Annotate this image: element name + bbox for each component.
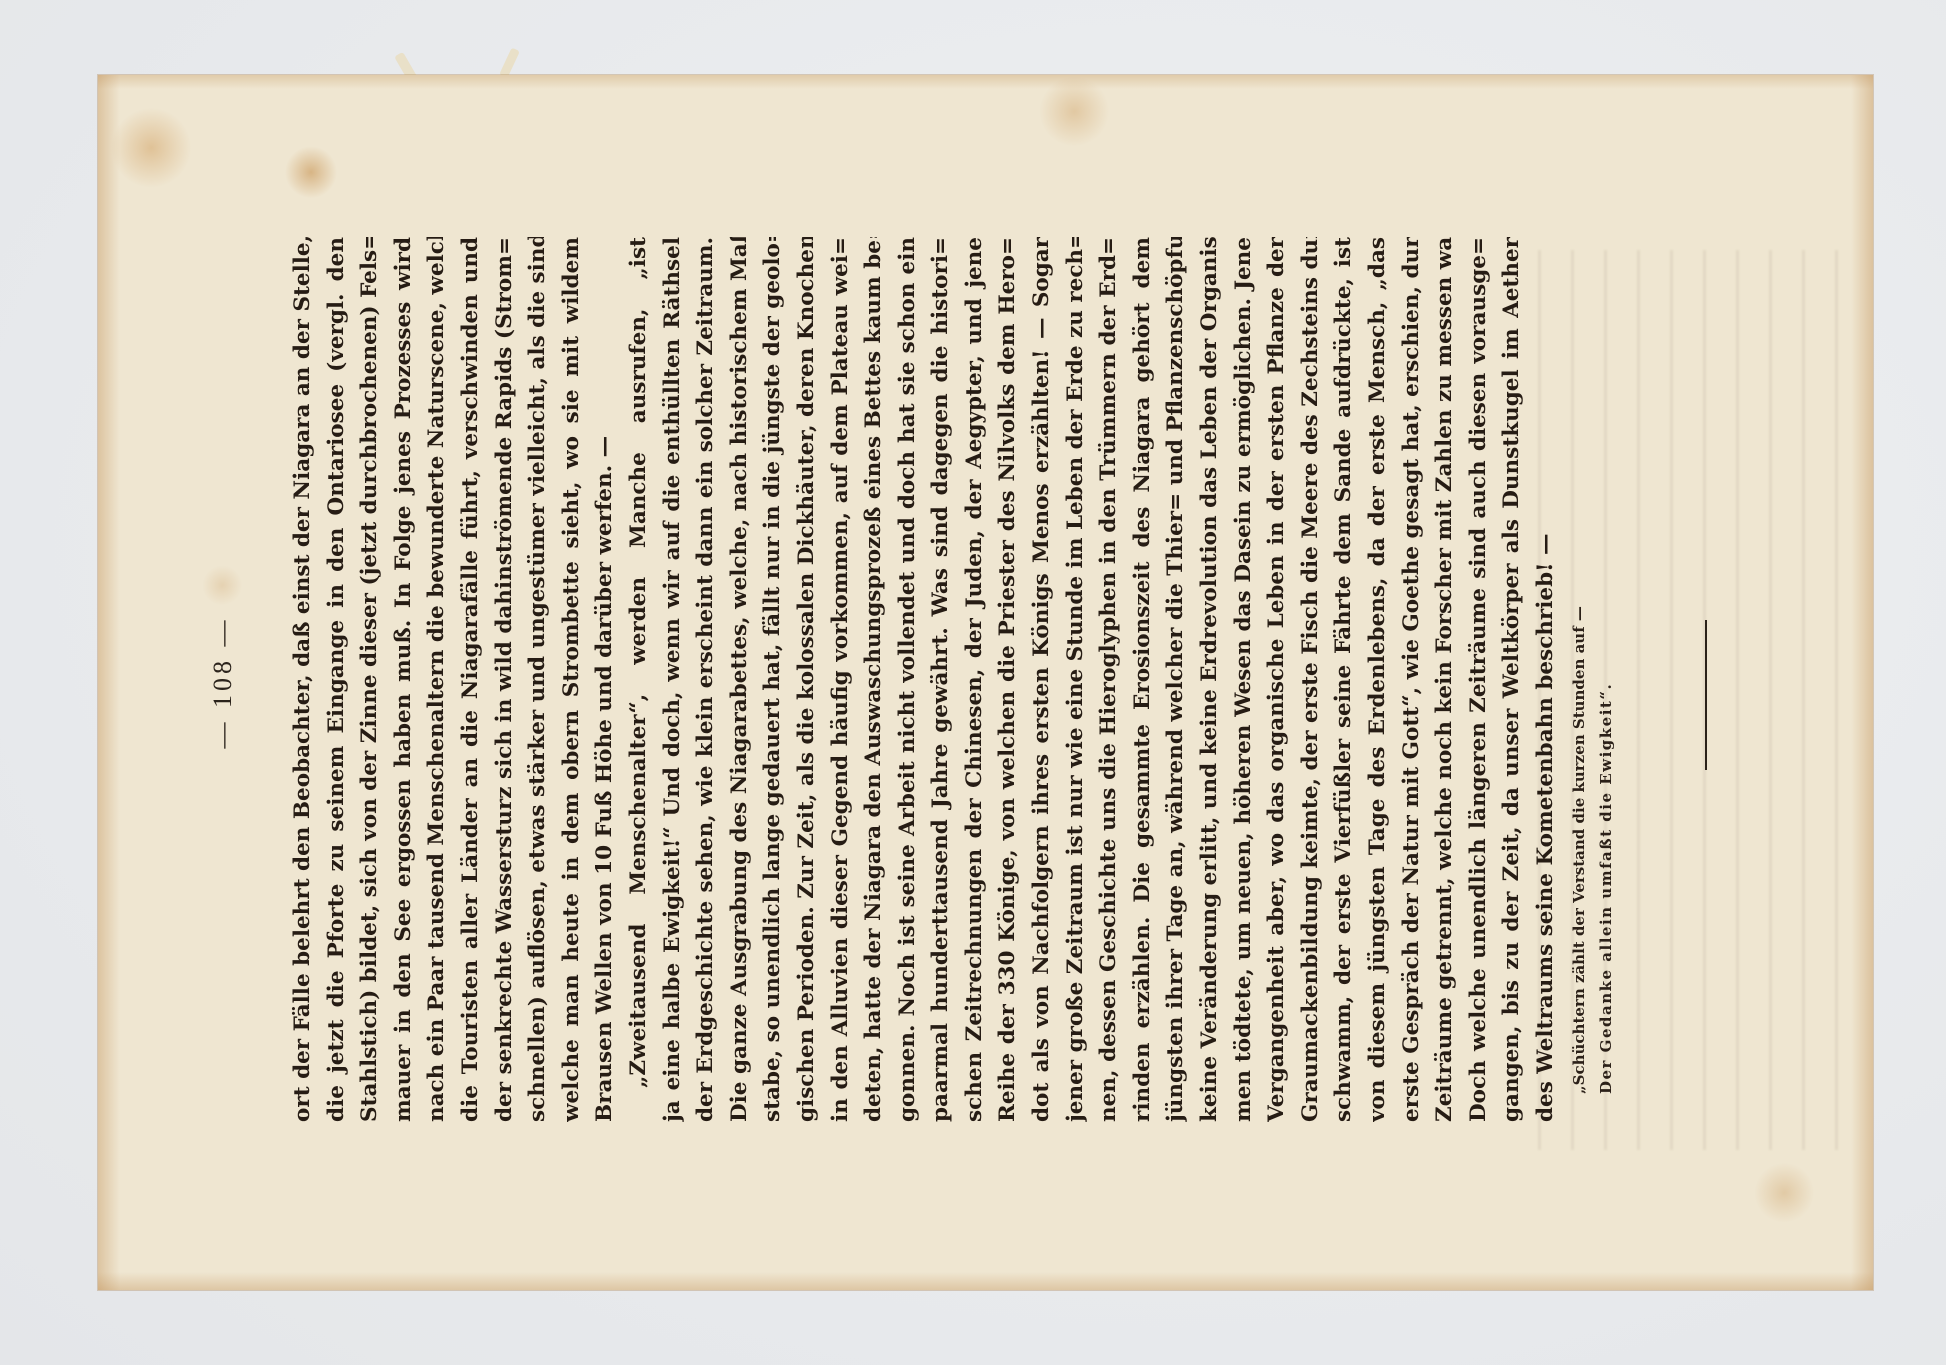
text-line: der senkrechte Wassersturz sich in wild … xyxy=(488,237,522,1122)
text-line: schwamm, der erste Vierfüßler seine Fähr… xyxy=(1327,237,1361,1122)
text-line: schen Zeitrechnungen der Chinesen, der J… xyxy=(958,237,992,1122)
text-line: rinden erzählen. Die gesammte Erosionsze… xyxy=(1126,237,1160,1122)
text-line: mauer in den See ergossen haben muß. In … xyxy=(387,237,421,1122)
text-line: die jetzt die Pforte zu seinem Eingange … xyxy=(320,237,354,1122)
text-line: jüngsten ihrer Tage an, während welcher … xyxy=(1159,237,1193,1122)
text-line: nach ein Paar tausend Menschenaltern die… xyxy=(420,237,454,1122)
text-line: des Weltraums seine Kometenbahn beschrie… xyxy=(1529,237,1563,1122)
text-line: keine Veränderung erlitt, und keine Erdr… xyxy=(1193,237,1227,1122)
text-line: Brausen Wellen von 10 Fuß Höhe und darüb… xyxy=(588,237,622,1122)
text-line: Doch welche unendlich längeren Zeiträume… xyxy=(1462,237,1496,1122)
page-number: — 108 — xyxy=(208,75,238,1290)
text-line: nen, dessen Geschichte uns die Hieroglyp… xyxy=(1092,237,1126,1122)
closing-quote: „Schüchtern zählt der Verstand die kurze… xyxy=(1566,394,1620,1094)
text-line: die Touristen aller Länder an die Niagar… xyxy=(454,237,488,1122)
text-line: gonnen. Noch ist seine Arbeit nicht voll… xyxy=(891,237,925,1122)
quote-line: „Schüchtern zählt der Verstand die kurze… xyxy=(1566,394,1593,1094)
text-line: Die ganze Ausgrabung des Niagarabettes, … xyxy=(723,237,757,1122)
text-line: Stahlstich) bildet, sich von der Zinne d… xyxy=(353,237,387,1122)
text-line: gangen, bis zu der Zeit, da unser Weltkö… xyxy=(1495,237,1529,1122)
text-line: schnellen) auflösen, etwas stärker und u… xyxy=(521,237,555,1122)
body-text: ort der Fälle belehrt den Beobachter, da… xyxy=(286,237,1563,1122)
text-line: „Zweitausend Menschenalter“, werden Manc… xyxy=(622,237,656,1122)
text-line: welche man heute in dem obern Strombette… xyxy=(555,237,589,1122)
photo-background: — 108 — ort der Fälle belehrt den Beobac… xyxy=(0,0,1946,1365)
text-line: von diesem jüngsten Tage des Erdenlebens… xyxy=(1361,237,1395,1122)
text-line: jener große Zeitraum ist nur wie eine St… xyxy=(1059,237,1093,1122)
text-line: gischen Perioden. Zur Zeit, als die kolo… xyxy=(790,237,824,1122)
text-line: in den Alluvien dieser Gegend häufig vor… xyxy=(824,237,858,1122)
text-line: Vergangenheit aber, wo das organische Le… xyxy=(1260,237,1294,1122)
text-line: Zeiträume getrennt, welche noch kein For… xyxy=(1428,237,1462,1122)
text-line: der Erdgeschichte sehen, wie klein ersch… xyxy=(689,237,723,1122)
text-line: men tödtete, um neuen, höheren Wesen das… xyxy=(1227,237,1261,1122)
text-line: erste Gespräch der Natur mit Gott“, wie … xyxy=(1395,237,1429,1122)
paper-thread-fiber xyxy=(499,48,520,79)
text-line: paarmal hunderttausend Jahre gewährt. Wa… xyxy=(924,237,958,1122)
quote-line: Der Gedanke allein umfaßt die Ewigkeit“. xyxy=(1593,394,1620,1094)
section-divider-rule xyxy=(1705,620,1707,770)
text-line: Graumackenbildung keimte, der erste Fisc… xyxy=(1294,237,1328,1122)
text-line: Reihe der 330 Könige, von welchen die Pr… xyxy=(991,237,1025,1122)
text-line: deten, hatte der Niagara den Auswaschung… xyxy=(857,237,891,1122)
text-line: ort der Fälle belehrt den Beobachter, da… xyxy=(286,237,320,1122)
text-line: ja eine halbe Ewigkeit!“ Und doch, wenn … xyxy=(656,237,690,1122)
book-page: — 108 — ort der Fälle belehrt den Beobac… xyxy=(98,75,1873,1290)
text-line: stabe, so unendlich lange gedauert hat, … xyxy=(756,237,790,1122)
text-line: dot als von Nachfolgern ihres ersten Kön… xyxy=(1025,237,1059,1122)
